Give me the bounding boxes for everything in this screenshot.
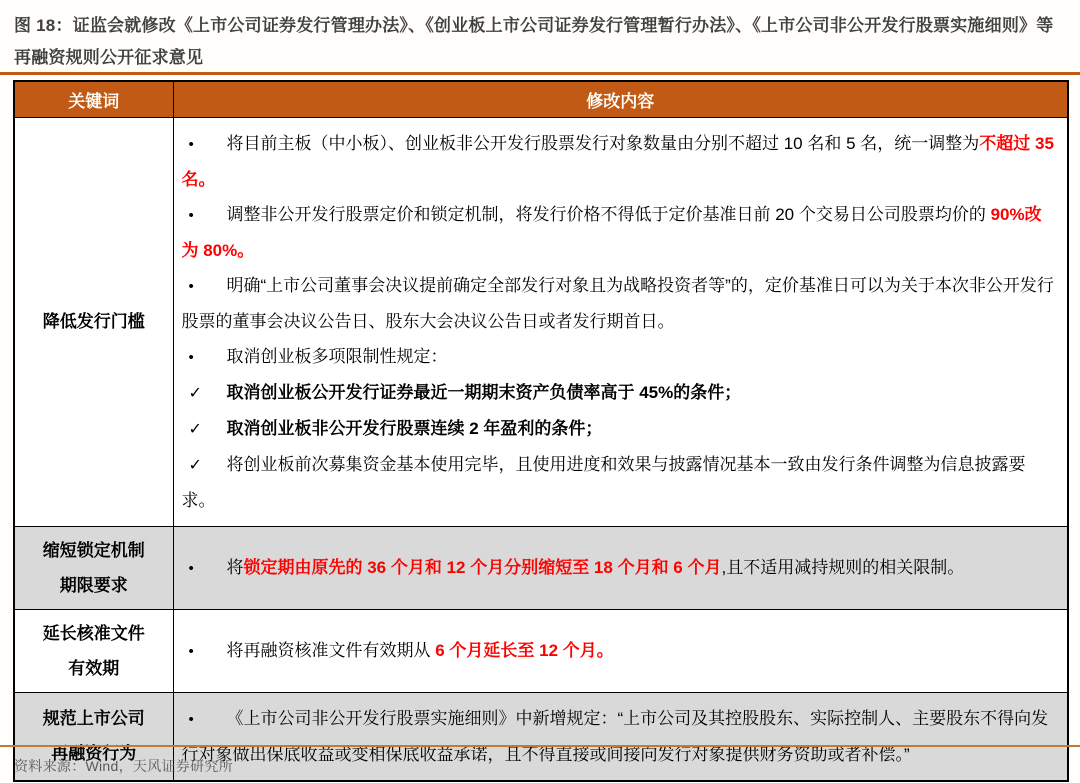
- bullet-icon: •: [182, 551, 227, 586]
- text-segment: 明确“上市公司董事会决议提前确定全部发行对象且为战略投资者等”的，定价基准日可以…: [182, 276, 1054, 331]
- bullet-icon: •: [182, 634, 227, 669]
- text-segment: 锁定期由原先的 36 个月和 12 个月分别缩短至 18 个月和 6 个月: [244, 558, 722, 577]
- text-segment: 将目前主板（中小板）、创业板非公开发行股票发行对象数量由分别不超过 10 名和 …: [227, 134, 980, 153]
- bullet-item: •将目前主板（中小板）、创业板非公开发行股票发行对象数量由分别不超过 10 名和…: [182, 126, 1056, 197]
- keyword-line: 缩短锁定机制: [19, 533, 169, 568]
- check-item: ✓将创业板前次募集资金基本使用完毕，且使用进度和效果与披露情况基本一致由发行条件…: [182, 447, 1056, 518]
- text-segment: 取消创业板多项限制性规定：: [227, 347, 448, 366]
- table-row: 延长核准文件有效期•将再融资核准文件有效期从 6 个月延长至 12 个月。: [14, 609, 1068, 692]
- text-segment: 将创业板前次募集资金基本使用完毕，且使用进度和效果与披露情况基本一致由发行条件调…: [182, 455, 1026, 510]
- text-segment: 《上市公司非公开发行股票实施细则》中新增规定：“上市公司及其控股股东、实际控制人…: [182, 709, 1049, 764]
- check-icon: ✓: [182, 412, 227, 447]
- keyword-line: 有效期: [19, 651, 169, 686]
- keyword-cell: 缩短锁定机制期限要求: [14, 526, 173, 609]
- bullet-icon: •: [182, 269, 227, 304]
- table-header-row: 关键词 修改内容: [14, 81, 1068, 117]
- modification-table: 关键词 修改内容 降低发行门槛•将目前主板（中小板）、创业板非公开发行股票发行对…: [13, 80, 1069, 782]
- table-row: 缩短锁定机制期限要求•将锁定期由原先的 36 个月和 12 个月分别缩短至 18…: [14, 526, 1068, 609]
- bullet-icon: •: [182, 198, 227, 233]
- check-item: ✓取消创业板公开发行证券最近一期期末资产负债率高于 45%的条件；: [182, 375, 1056, 411]
- check-icon: ✓: [182, 448, 227, 483]
- bullet-icon: •: [182, 340, 227, 375]
- content-cell: •将目前主板（中小板）、创业板非公开发行股票发行对象数量由分别不超过 10 名和…: [173, 117, 1068, 526]
- bullet-item: •取消创业板多项限制性规定：: [182, 339, 1056, 375]
- text-segment: 调整非公开发行股票定价和锁定机制，将发行价格不得低于定价基准日前 20 个交易日…: [227, 205, 991, 224]
- content-cell: •将锁定期由原先的 36 个月和 12 个月分别缩短至 18 个月和 6 个月,…: [173, 526, 1068, 609]
- bullet-icon: •: [182, 702, 227, 737]
- content-cell: •《上市公司非公开发行股票实施细则》中新增规定：“上市公司及其控股股东、实际控制…: [173, 692, 1068, 781]
- footer-divider-rule: [0, 745, 1080, 747]
- check-icon: ✓: [182, 376, 227, 411]
- source-note: 资料来源：Wind，天风证券研究所: [14, 756, 233, 776]
- text-segment: 将再融资核准文件有效期从: [227, 641, 436, 660]
- column-header-content: 修改内容: [173, 81, 1068, 117]
- text-segment: ,且不适用减持规则的相关限制。: [721, 558, 964, 577]
- table-row: 降低发行门槛•将目前主板（中小板）、创业板非公开发行股票发行对象数量由分别不超过…: [14, 117, 1068, 526]
- report-figure-page: 图 18：证监会就修改《上市公司证券发行管理办法》、《创业板上市公司证券发行管理…: [0, 0, 1080, 783]
- bullet-item: •将再融资核准文件有效期从 6 个月延长至 12 个月。: [182, 633, 1056, 669]
- text-segment: 取消创业板非公开发行股票连续 2 年盈利的条件；: [227, 419, 603, 438]
- column-header-keyword: 关键词: [14, 81, 173, 117]
- keyword-cell: 降低发行门槛: [14, 117, 173, 526]
- keyword-line: 规范上市公司: [19, 701, 169, 736]
- bullet-item: •调整非公开发行股票定价和锁定机制，将发行价格不得低于定价基准日前 20 个交易…: [182, 197, 1056, 268]
- content-cell: •将再融资核准文件有效期从 6 个月延长至 12 个月。: [173, 609, 1068, 692]
- keyword-cell: 延长核准文件有效期: [14, 609, 173, 692]
- text-segment: 6 个月延长至 12 个月。: [435, 641, 614, 660]
- title-divider-rule: [0, 72, 1080, 75]
- figure-title: 图 18：证监会就修改《上市公司证券发行管理办法》、《创业板上市公司证券发行管理…: [14, 10, 1070, 74]
- check-item: ✓取消创业板非公开发行股票连续 2 年盈利的条件；: [182, 411, 1056, 447]
- bullet-icon: •: [182, 127, 227, 162]
- text-segment: 将: [227, 558, 244, 577]
- keyword-line: 期限要求: [19, 568, 169, 603]
- bullet-item: •明确“上市公司董事会决议提前确定全部发行对象且为战略投资者等”的，定价基准日可…: [182, 268, 1056, 339]
- bullet-item: •《上市公司非公开发行股票实施细则》中新增规定：“上市公司及其控股股东、实际控制…: [182, 701, 1056, 772]
- text-segment: 取消创业板公开发行证券最近一期期末资产负债率高于 45%的条件；: [227, 383, 742, 402]
- keyword-line: 降低发行门槛: [19, 304, 169, 339]
- bullet-item: •将锁定期由原先的 36 个月和 12 个月分别缩短至 18 个月和 6 个月,…: [182, 550, 1056, 586]
- keyword-line: 延长核准文件: [19, 616, 169, 651]
